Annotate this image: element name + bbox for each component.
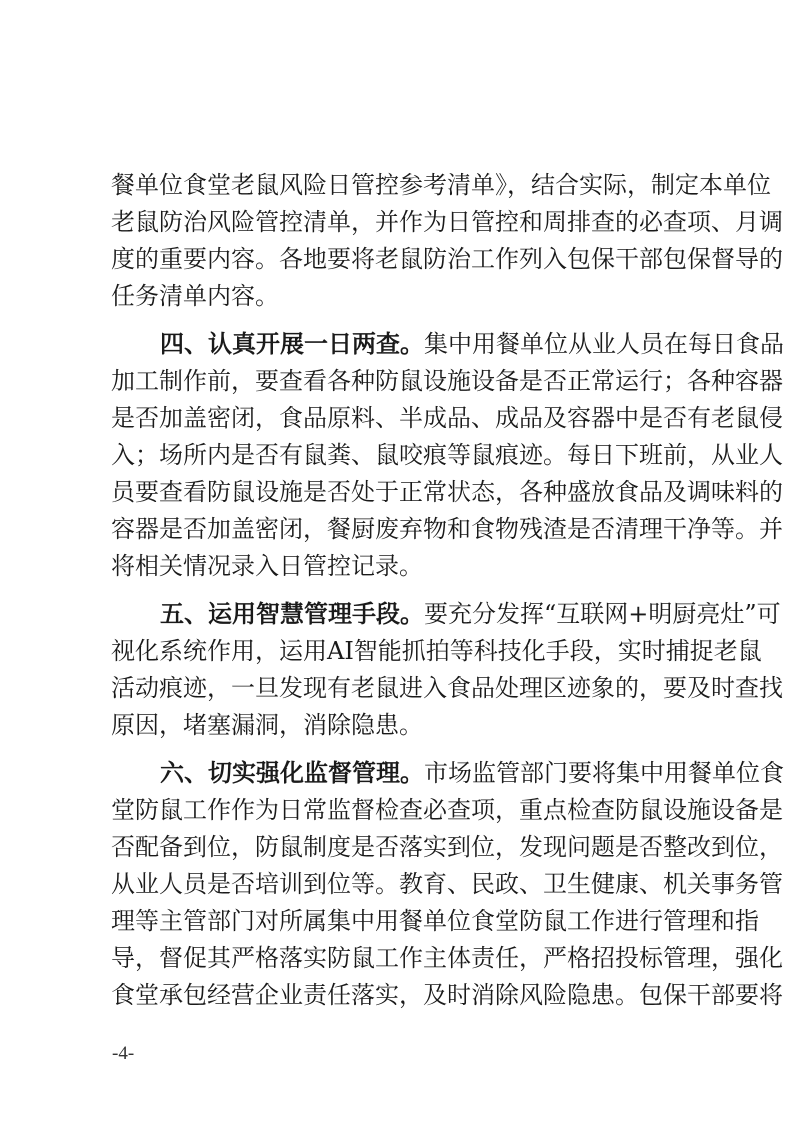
body-text-line: 加工制作前，要查看各种防鼠设施设备是否正常运行；各种容器 bbox=[111, 367, 689, 395]
section-heading-line: 五、运用智慧管理手段。要充分发挥“互联网+明厨亮灶”可 bbox=[160, 600, 689, 628]
line-text: 老鼠防治风险管控清单，并作为日管控和周排查的必查项、月调 bbox=[111, 208, 783, 236]
line-text: 食堂承包经营企业责任落实，及时消除风险隐患。包保干部要将 bbox=[111, 981, 783, 1009]
body-text-line: 视化系统作用，运用AI智能抓拍等科技化手段，实时捕捉老鼠 bbox=[111, 637, 689, 665]
section-heading-line: 六、切实强化监督管理。市场监管部门要将集中用餐单位食 bbox=[160, 759, 689, 787]
section-heading: 六、切实强化监督管理。 bbox=[160, 759, 424, 787]
line-text: 将相关情况录入日管控记录。 bbox=[111, 552, 423, 580]
line-text: 理等主管部门对所属集中用餐单位食堂防鼠工作进行管理和指 bbox=[111, 907, 759, 935]
line-text: 度的重要内容。各地要将老鼠防治工作列入包保干部包保督导的 bbox=[111, 245, 783, 273]
line-text: 否配备到位，防鼠制度是否落实到位，发现问题是否整改到位， bbox=[111, 833, 783, 861]
line-text: 容器是否加盖密闭，餐厨废弃物和食物残渣是否清理干净等。并 bbox=[111, 515, 783, 543]
body-text-line: 将相关情况录入日管控记录。 bbox=[111, 552, 689, 580]
line-text: 原因，堵塞漏洞，消除隐患。 bbox=[111, 711, 423, 739]
body-text-line: 度的重要内容。各地要将老鼠防治工作列入包保干部包保督导的 bbox=[111, 245, 689, 273]
body-text-line: 老鼠防治风险管控清单，并作为日管控和周排查的必查项、月调 bbox=[111, 208, 689, 236]
body-text-line: 任务清单内容。 bbox=[111, 282, 689, 310]
line-text: 员要查看防鼠设施是否处于正常状态，各种盛放食品及调味料的 bbox=[111, 478, 783, 506]
section-heading-line: 四、认真开展一日两查。集中用餐单位从业人员在每日食品 bbox=[160, 330, 689, 358]
line-text: 加工制作前，要查看各种防鼠设施设备是否正常运行；各种容器 bbox=[111, 367, 783, 395]
line-text: 堂防鼠工作作为日常监督检查必查项，重点检查防鼠设施设备是 bbox=[111, 796, 783, 824]
body-text-line: 餐单位食堂老鼠风险日管控参考清单》，结合实际，制定本单位 bbox=[111, 171, 689, 199]
line-text: 是否加盖密闭，食品原料、半成品、成品及容器中是否有老鼠侵 bbox=[111, 404, 783, 432]
body-text-line: 是否加盖密闭，食品原料、半成品、成品及容器中是否有老鼠侵 bbox=[111, 404, 689, 432]
document-page: 餐单位食堂老鼠风险日管控参考清单》，结合实际，制定本单位老鼠防治风险管控清单，并… bbox=[0, 0, 793, 1121]
body-text-line: 食堂承包经营企业责任落实，及时消除风险隐患。包保干部要将 bbox=[111, 981, 689, 1009]
line-text: 从业人员是否培训到位等。教育、民政、卫生健康、机关事务管 bbox=[111, 870, 783, 898]
line-text: 导，督促其严格落实防鼠工作主体责任，严格招投标管理，强化 bbox=[111, 944, 783, 972]
line-text: 集中用餐单位从业人员在每日食品 bbox=[424, 330, 784, 358]
body-text-line: 理等主管部门对所属集中用餐单位食堂防鼠工作进行管理和指 bbox=[111, 907, 689, 935]
line-text: 视化系统作用，运用AI智能抓拍等科技化手段，实时捕捉老鼠 bbox=[111, 637, 762, 665]
body-text-line: 导，督促其严格落实防鼠工作主体责任，严格招投标管理，强化 bbox=[111, 944, 689, 972]
body-text-line: 员要查看防鼠设施是否处于正常状态，各种盛放食品及调味料的 bbox=[111, 478, 689, 506]
line-text: 活动痕迹，一旦发现有老鼠进入食品处理区迹象的，要及时查找 bbox=[111, 674, 783, 702]
section-heading: 四、认真开展一日两查。 bbox=[160, 330, 424, 358]
line-text: 入；场所内是否有鼠粪、鼠咬痕等鼠痕迹。每日下班前，从业人 bbox=[111, 441, 783, 469]
line-text: 任务清单内容。 bbox=[111, 282, 279, 310]
line-text: 市场监管部门要将集中用餐单位食 bbox=[424, 759, 784, 787]
line-text: 餐单位食堂老鼠风险日管控参考清单》，结合实际，制定本单位 bbox=[111, 171, 771, 199]
line-text: 要充分发挥“互联网+明厨亮灶”可 bbox=[424, 600, 781, 628]
body-text-line: 从业人员是否培训到位等。教育、民政、卫生健康、机关事务管 bbox=[111, 870, 689, 898]
body-text-line: 堂防鼠工作作为日常监督检查必查项，重点检查防鼠设施设备是 bbox=[111, 796, 689, 824]
body-text-line: 入；场所内是否有鼠粪、鼠咬痕等鼠痕迹。每日下班前，从业人 bbox=[111, 441, 689, 469]
body-text-line: 原因，堵塞漏洞，消除隐患。 bbox=[111, 711, 689, 739]
body-text-line: 活动痕迹，一旦发现有老鼠进入食品处理区迹象的，要及时查找 bbox=[111, 674, 689, 702]
page-number: -4- bbox=[112, 1043, 134, 1065]
body-text-line: 否配备到位，防鼠制度是否落实到位，发现问题是否整改到位， bbox=[111, 833, 689, 861]
body-text-line: 容器是否加盖密闭，餐厨废弃物和食物残渣是否清理干净等。并 bbox=[111, 515, 689, 543]
section-heading: 五、运用智慧管理手段。 bbox=[160, 600, 424, 628]
